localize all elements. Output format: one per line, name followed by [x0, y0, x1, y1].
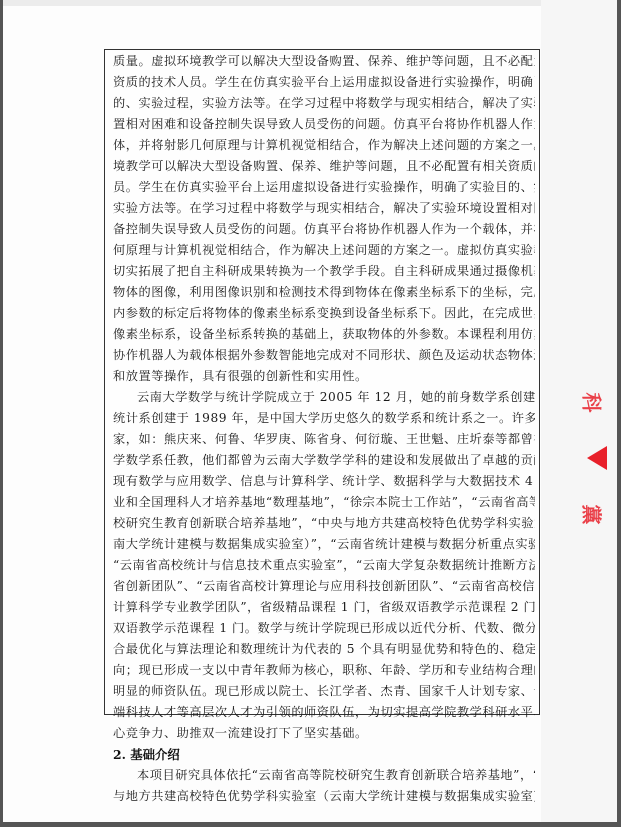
- page-top-shade: [3, 0, 617, 6]
- text-line: 业和全国理科人才培养基地“数理基地”，“徐宗本院士工作站”，“云南省高等院: [113, 492, 535, 513]
- text-line: 计算科学专业教学团队”，省级精品课程 1 门，省级双语教学示范课程 2 门，国家…: [113, 597, 535, 618]
- text-line: 体，并将射影几何原理与计算机视觉相结合，作为解决上述问题的方案之一。虚拟环: [113, 135, 535, 156]
- text-line: 统计系创建于 1989 年，是中国大学历史悠久的数学系和统计系之一。许多著名数学: [113, 408, 535, 429]
- text-line: 与地方共建高校特色优势学科实验室（云南大学统计建模与数据集成实验室)”，“云: [113, 786, 535, 807]
- stamp-triangle-icon: [587, 446, 607, 470]
- text-line: 本项目研究具体依托“云南省高等院校研究生教育创新联合培养基地”，“中央: [113, 765, 535, 786]
- text-line: 物体的图像，利用图像识别和检测技术得到物体在像素坐标系下的坐标，完成摄像机: [113, 282, 535, 303]
- document-page: 质量。虚拟环境教学可以解决大型设备购置、保养、维护等问题，且不必配置有相关 资质…: [3, 0, 617, 822]
- text-line: 省创新团队”、“云南省高校计算理论与应用科技创新团队”、“云南省高校信息与: [113, 576, 535, 597]
- text-line: 实验方法等。在学习过程中将数学与现实相结合，解决了实验环境设置相对困难和设: [113, 198, 535, 219]
- text-line: 合最优化与算法理论和数理统计为代表的 5 个具有明显优势和特色的、稳定的研究方: [113, 639, 535, 660]
- section-heading: 2. 基础介绍: [113, 744, 535, 765]
- text-line: 何原理与计算机视觉相结合，作为解决上述问题的方案之一。虚拟仿真实验教学课程，: [113, 240, 535, 261]
- text-line: 员。学生在仿真实验平台上运用虚拟设备进行实验操作，明确了实验目的、实验过程，: [113, 177, 535, 198]
- text-line: 切实拓展了把自主科研成果转换为一个教学手段。自主科研成果通过摄像机获取目标: [113, 261, 535, 282]
- text-line: “云南省高校统计与信息技术重点实验室”，“云南大学复杂数据统计推断方法研究: [113, 555, 535, 576]
- stamp-char: 黨: [579, 505, 608, 525]
- text-line: 置相对困难和设备控制失误导致人员受伤的问题。仿真平台将协作机器人作为一个载: [113, 114, 535, 135]
- text-line: 明显的师资队伍。现已形成以院士、长江学者、杰青、国家千人计划专家、云南省高: [113, 681, 535, 702]
- text-line: 向；现已形成一支以中青年教师为核心，职称、年龄、学历和专业结构合理的、优势: [113, 660, 535, 681]
- red-seal-stamp: 科 黨: [579, 388, 611, 548]
- text-line: 像素坐标系，设备坐标系转换的基础上，获取物体的外参数。本课程利用仿真平台以: [113, 324, 535, 345]
- content-box: 质量。虚拟环境教学可以解决大型设备购置、保养、维护等问题，且不必配置有相关 资质…: [104, 49, 540, 715]
- text-line: 南大学统计建模与数据集成实验室）”，“云南省统计建模与数据分析重点实验室”、: [113, 534, 535, 555]
- text-line: 学数学系任教，他们都曾为云南大学数学学科的建设和发展做出了卓越的贡献。学院: [113, 450, 535, 471]
- text-line: 双语教学示范课程 1 门。数学与统计学院现已形成以近代分析、代数、微分方程、组: [113, 618, 535, 639]
- text-line: 资质的技术人员。学生在仿真实验平台上运用虚拟设备进行实验操作，明确了实验目: [113, 72, 535, 93]
- text-line: 备控制失误导致人员受伤的问题。仿真平台将协作机器人作为一个载体，并将射影几: [113, 219, 535, 240]
- stamp-char: 科: [579, 393, 608, 413]
- text-line: 心竞争力、助推双一流建设打下了坚实基础。: [113, 723, 535, 744]
- text-line: 和放置等操作，具有很强的创新性和实用性。: [113, 366, 535, 387]
- text-line: 端科技人才等高层次人才为引领的师资队伍，为切实提高学院教学科研水平、增强核: [113, 702, 535, 723]
- text-line: 云南大学数学与统计学院成立于 2005 年 12 月，她的前身数学系创建于 19…: [113, 387, 535, 408]
- text-line: 协作机器人为载体根据外参数智能地完成对不同形状、颜色及运动状态物体进行抓取: [113, 345, 535, 366]
- text-line: 境教学可以解决大型设备购置、保养、维护等问题，且不必配置有相关资质的技术人: [113, 156, 535, 177]
- text-line: 家，如：熊庆来、何鲁、华罗庚、陈省身、何衍璇、王世魁、庄圻泰等都曾在云南大: [113, 429, 535, 450]
- text-line: 现有数学与应用数学、信息与计算科学、统计学、数据科学与大数据技术 4 个本科专: [113, 471, 535, 492]
- text-line: 的、实验过程，实验方法等。在学习过程中将数学与现实相结合，解决了实验环境设: [113, 93, 535, 114]
- text-line: 校研究生教育创新联合培养基地”，“中央与地方共建高校特色优势学科实验室（云: [113, 513, 535, 534]
- text-line: 质量。虚拟环境教学可以解决大型设备购置、保养、维护等问题，且不必配置有相关: [113, 51, 535, 72]
- text-line: 内参数的标定后将物体的像素坐标系变换到设备坐标系下。因此，在完成世界坐标系，: [113, 303, 535, 324]
